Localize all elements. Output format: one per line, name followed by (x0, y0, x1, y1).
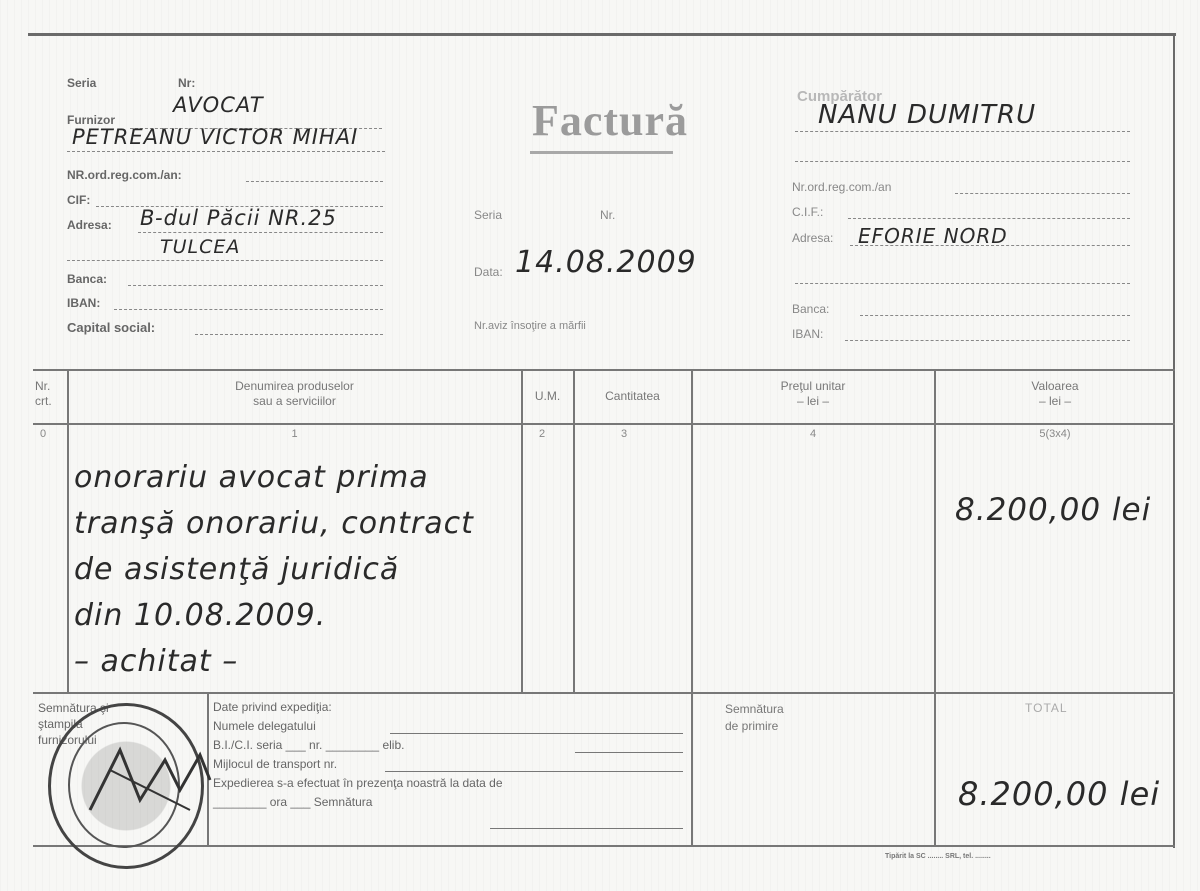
invoice-aviz-label: Nr.aviz însoţire a mărfii (474, 320, 586, 332)
supplier-bank-field[interactable] (128, 285, 383, 286)
frame-right-border (1173, 33, 1175, 848)
header-um-line1: U.M. (522, 389, 573, 404)
index-col-2: 2 (522, 428, 562, 440)
buyer-reg-com-label: Nr.ord.reg.com./an (792, 180, 891, 194)
document-title: Factură (532, 95, 688, 146)
col-divider-4 (691, 369, 693, 845)
header-value-line2: – lei – (935, 394, 1175, 409)
index-col-0: 0 (33, 428, 53, 440)
shipping-presence-line: Expedierea s-a efectuat în prezenţa noas… (213, 774, 683, 793)
supplier-capital-label: Capital social: (67, 320, 155, 335)
shipping-title: Date privind expediţia: (213, 698, 683, 717)
item-description-line: tranşă onorariu, contract (74, 501, 519, 547)
supplier-reg-com-label: NR.ord.reg.com./an: (67, 168, 182, 182)
table-top-border (33, 369, 1175, 371)
item-value[interactable]: 8.200,00 lei (955, 492, 1151, 528)
buyer-reg-com-field[interactable] (955, 193, 1130, 194)
buyer-cif-field[interactable] (848, 218, 1130, 219)
signature-underline (490, 828, 683, 829)
id-underline (575, 752, 683, 753)
header-um: U.M. (522, 389, 573, 404)
supplier-cif-label: CIF: (67, 193, 90, 207)
buyer-address-dotted-line (850, 245, 1130, 246)
table-row[interactable]: onorariu avocat prima tranşă onorariu, c… (74, 455, 519, 685)
buyer-name-dotted-line-2 (795, 161, 1130, 162)
header-unit-price-line2: – lei – (692, 394, 934, 409)
header-unit-price-line1: Preţul unitar (692, 379, 934, 394)
title-underline (530, 151, 673, 154)
index-col-3: 3 (574, 428, 674, 440)
header-description-line2: sau a serviciilor (68, 394, 521, 409)
buyer-cif-label: C.I.F.: (792, 205, 823, 219)
total-value[interactable]: 8.200,00 lei (958, 775, 1160, 813)
buyer-bank-label: Banca: (792, 302, 829, 316)
table-bottom-border (33, 692, 1175, 694)
transport-underline (385, 771, 683, 772)
receipt-label-line: Semnătura (725, 701, 784, 718)
supplier-bank-label: Banca: (67, 272, 107, 286)
furnizor-value-line1[interactable]: AVOCAT (173, 93, 264, 117)
buyer-address-label: Adresa: (792, 231, 833, 245)
supplier-iban-label: IBAN: (67, 296, 100, 310)
header-quantity-line1: Cantitatea (574, 389, 691, 404)
supplier-address-dotted-line-2 (67, 260, 383, 261)
col-divider-3 (573, 369, 575, 693)
header-value: Valoarea – lei – (935, 379, 1175, 409)
header-description-line1: Denumirea produselor (68, 379, 521, 394)
supplier-reg-com-field[interactable] (246, 181, 383, 182)
table-header-bottom-border (33, 423, 1175, 425)
item-description-line: de asistenţă juridică (74, 547, 519, 593)
supplier-address-dotted-line (138, 232, 383, 233)
col-divider-2 (521, 369, 523, 693)
supplier-address-value-line2[interactable]: TULCEA (160, 236, 240, 258)
item-description-line: din 10.08.2009. (74, 593, 519, 639)
supplier-address-label: Adresa: (67, 218, 112, 232)
item-description-line: onorariu avocat prima (74, 455, 519, 501)
receipt-signature-label: Semnătura de primire (725, 701, 784, 735)
supplier-signature-scribble-icon (80, 730, 220, 830)
furnizor-dotted-line-2 (67, 151, 385, 152)
total-label: TOTAL (1025, 701, 1068, 715)
printer-note: Tipărit la SC ........ SRL, tel. .......… (885, 853, 991, 860)
delegate-underline (390, 733, 683, 734)
index-col-1: 1 (68, 428, 521, 440)
receipt-label-line: de primire (725, 718, 784, 735)
buyer-iban-field[interactable] (845, 340, 1130, 341)
buyer-iban-label: IBAN: (792, 327, 823, 341)
invoice-nr-label: Nr. (600, 208, 615, 222)
invoice-date-label: Data: (474, 265, 503, 279)
footer-bottom-border (33, 845, 1175, 847)
index-col-5: 5(3x4) (935, 428, 1175, 440)
invoice-serie-label: Seria (474, 208, 502, 222)
index-col-4: 4 (692, 428, 934, 440)
buyer-name-dotted-line (795, 131, 1130, 132)
supplier-iban-field[interactable] (114, 309, 383, 310)
buyer-address-dotted-line-2 (795, 283, 1130, 284)
frame-top-border (28, 33, 1176, 36)
buyer-bank-field[interactable] (860, 315, 1130, 316)
col-divider-1 (67, 369, 69, 693)
item-description-line: – achitat – (74, 639, 519, 685)
supplier-address-value-line1[interactable]: B-dul Păcii NR.25 (140, 206, 337, 230)
supplier-capital-field[interactable] (195, 334, 383, 335)
header-quantity: Cantitatea (574, 389, 691, 404)
header-unit-price: Preţul unitar – lei – (692, 379, 934, 409)
supplier-serie-label: Seria (67, 76, 96, 90)
header-nr-crt-line2: crt. (35, 394, 69, 409)
header-description: Denumirea produselor sau a serviciilor (68, 379, 521, 409)
buyer-name-value[interactable]: NANU DUMITRU (818, 100, 1036, 130)
shipping-time-signature-line[interactable]: ________ ora ___ Semnătura (213, 793, 683, 812)
header-nr-crt-line1: Nr. (35, 379, 69, 394)
col-divider-5 (934, 369, 936, 845)
supplier-nr-label: Nr: (178, 76, 195, 90)
header-nr-crt: Nr. crt. (33, 379, 69, 409)
furnizor-value-line2[interactable]: PETREANU VICTOR MIHAI (72, 125, 358, 149)
header-value-line1: Valoarea (935, 379, 1175, 394)
shipping-details: Date privind expediţia: Numele delegatul… (213, 698, 683, 812)
invoice-date-value[interactable]: 14.08.2009 (515, 245, 697, 280)
